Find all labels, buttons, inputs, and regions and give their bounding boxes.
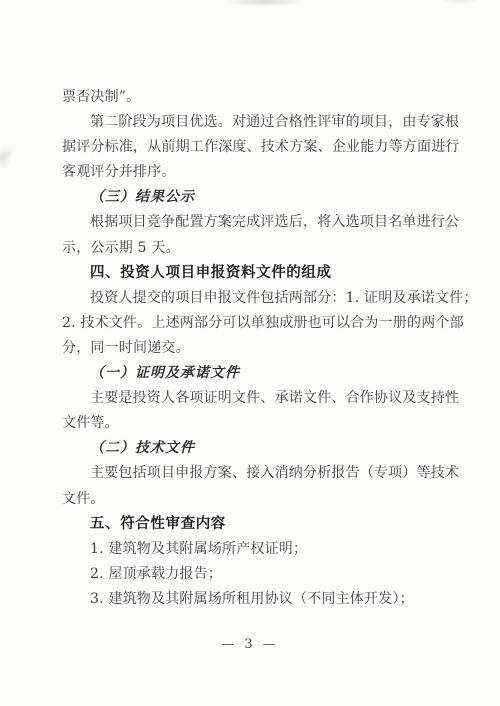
list-item: 2. 屋顶承载力报告； xyxy=(62,562,440,587)
text-line: 据评分标准，从前期工作深度、技术方案、企业能力等方面进行 xyxy=(62,135,440,160)
text-line: 示，公示期 5 天。 xyxy=(62,236,440,261)
list-item: 1. 建筑物及其附属场所产权证明； xyxy=(62,537,440,562)
sub-heading: （一）证明及承诺文件 xyxy=(62,361,440,386)
text-line: 2. 技术文件。上述两部分可以单独成册也可以合为一册的两个部 xyxy=(62,311,440,336)
sub-heading: （三）结果公示 xyxy=(62,185,440,210)
page-number: — 3 — xyxy=(0,634,500,656)
sub-heading: （二）技术文件 xyxy=(62,436,440,461)
scan-smudge-artifact xyxy=(440,0,480,4)
scan-edge-artifact xyxy=(0,140,19,175)
scan-smudge-artifact xyxy=(222,0,308,6)
text-line: 票否决制”。 xyxy=(62,85,440,110)
text-line: 文件等。 xyxy=(62,411,440,436)
section-heading: 四、投资人项目申报资料文件的组成 xyxy=(62,261,440,286)
text-line: 分，同一时间递交。 xyxy=(62,336,440,361)
document-page: 票否决制”。 第二阶段为项目优选。对通过合格性评审的项目，由专家根 据评分标准，… xyxy=(0,0,500,706)
section-heading: 五、符合性审查内容 xyxy=(62,512,440,537)
text-line: 投资人提交的项目申报文件包括两部分：1. 证明及承诺文件； xyxy=(62,286,440,311)
text-line: 文件。 xyxy=(62,487,440,512)
document-body: 票否决制”。 第二阶段为项目优选。对通过合格性评审的项目，由专家根 据评分标准，… xyxy=(62,85,440,612)
text-line: 客观评分并排序。 xyxy=(62,160,440,185)
text-line: 主要是投资人各项证明文件、承诺文件、合作协议及支持性 xyxy=(62,386,440,411)
text-line: 主要包括项目申报方案、接入消纳分析报告（专项）等技术 xyxy=(62,461,440,486)
text-line: 第二阶段为项目优选。对通过合格性评审的项目，由专家根 xyxy=(62,110,440,135)
list-item: 3. 建筑物及其附属场所租用协议（不同主体开发）； xyxy=(62,587,440,612)
text-line: 根据项目竞争配置方案完成评选后，将入选项目名单进行公 xyxy=(62,210,440,235)
